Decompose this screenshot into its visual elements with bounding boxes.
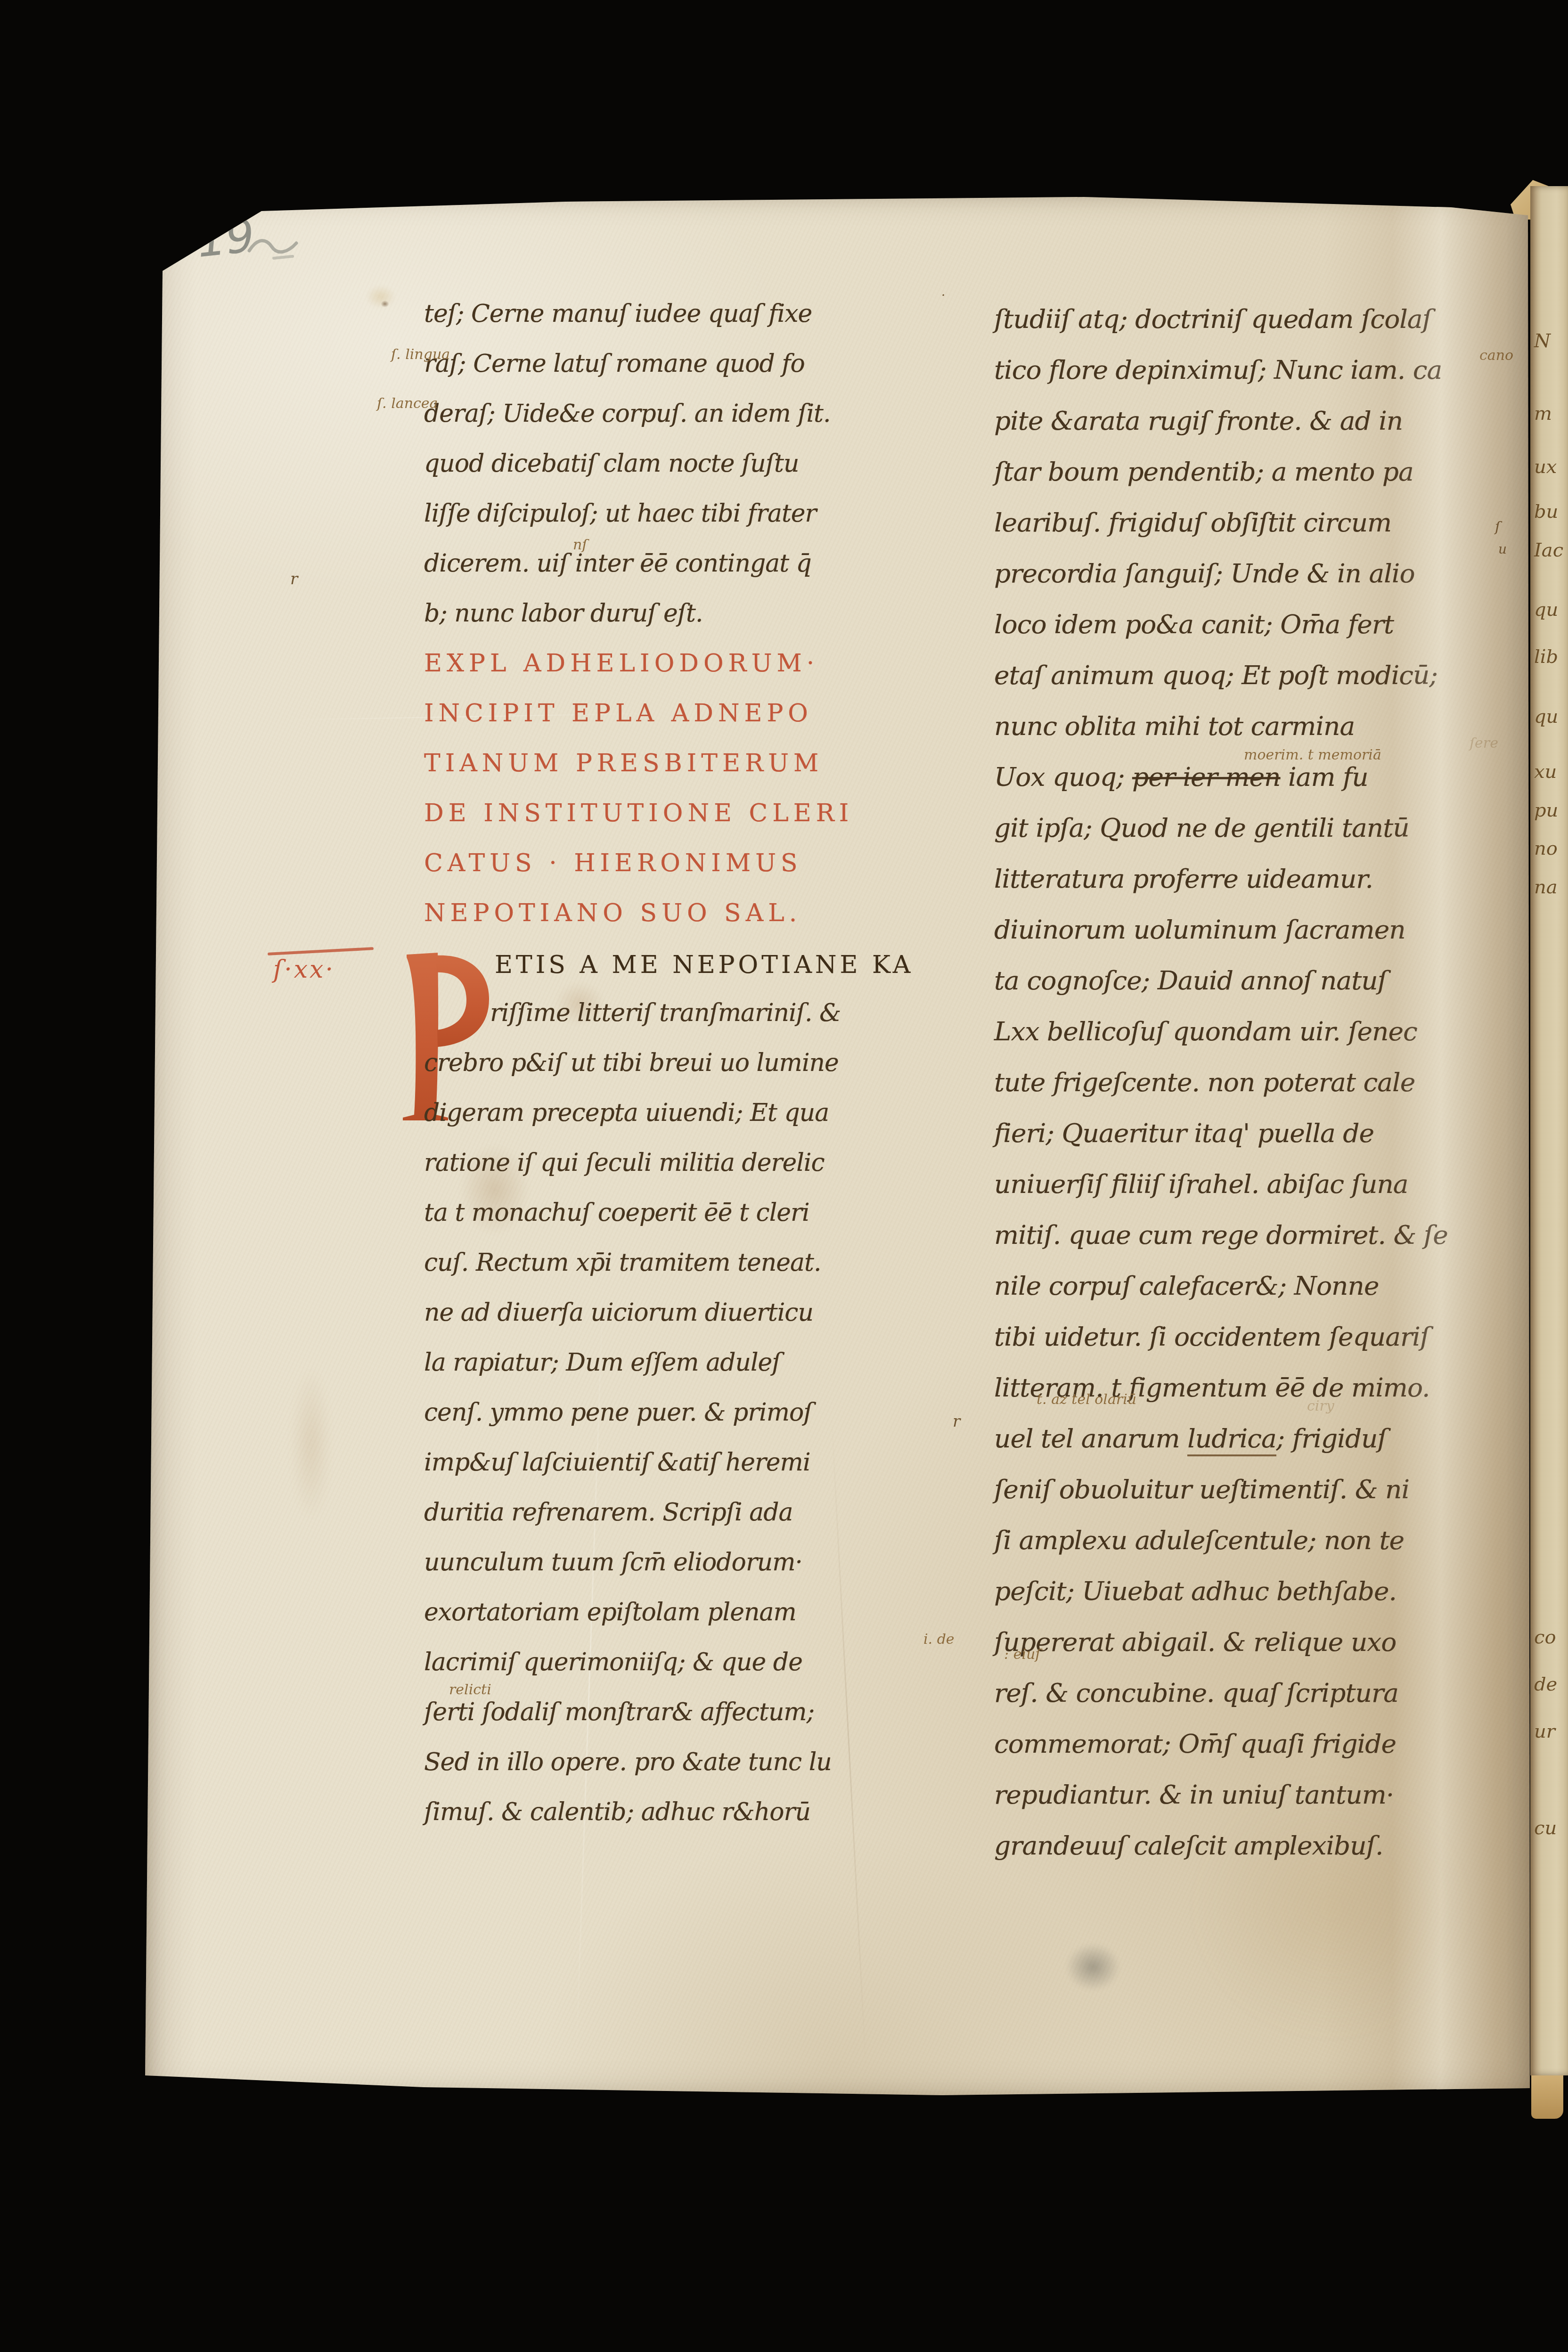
right-column: ſtudiiſ atq; doctriniſ quedam ſcolaſ tic… — [994, 306, 1498, 1861]
text-line: uunculum tuum ſcm̄ eliodorum· — [424, 1550, 802, 1575]
stain — [380, 300, 390, 308]
margin-mark-r-left: r — [290, 571, 298, 587]
text-line: Lxx bellicoſuſ quondam uir. ſenec — [994, 1019, 1417, 1045]
gloss-eius: : eiuſ — [1004, 1648, 1040, 1662]
text-line: ta t monachuſ coeperit ēē t cleri — [424, 1200, 809, 1225]
fore-edge-text: pu — [1534, 801, 1558, 820]
rubric-line: CATUS · HIERONIMUS — [424, 851, 802, 875]
text-line: mitiſ. quae cum rege dormiret. & ſe — [994, 1222, 1448, 1248]
rubric-line: NEPOTIANO SUO SAL. — [424, 901, 801, 925]
gloss-lancea: ſ. lancea — [377, 397, 438, 411]
text-line: b; nunc labor duruſ eſt. — [424, 601, 702, 626]
struck-text: per ier men — [1132, 762, 1281, 792]
fore-edge-text: no — [1534, 839, 1558, 858]
section-number: ſ·xx· — [273, 957, 335, 982]
text-line: nunc oblita mihi tot carmina — [994, 713, 1355, 739]
gloss-faded: ſere — [1470, 736, 1498, 751]
text-line: ſeniſ obuoluitur ueſtimentiſ. & ni — [994, 1477, 1409, 1503]
text-line: Sed in illo opere. pro &ate tunc lu — [424, 1750, 832, 1774]
text-line: tico flore depinximuſ; Nunc iam. ca — [994, 357, 1442, 383]
fore-edge-text: N — [1534, 332, 1551, 351]
text-line: dicerem. uiſ inter ēē contingat q̄ — [424, 551, 811, 576]
gloss-relicti: relicti — [449, 1683, 491, 1697]
fore-edge-text: co — [1534, 1628, 1556, 1647]
left-column: teſ; Cerne manuſ iudee quaſ fixe raſ; Ce… — [424, 302, 900, 1852]
text-line: nile corpuſ calefacer&; Nonne — [994, 1273, 1379, 1299]
fore-edge-text: qu — [1534, 600, 1558, 619]
text-line: peſcit; Uiuebat adhuc bethſabe. — [994, 1578, 1396, 1604]
text-line: cuſ. Rectum xp̄i tramitem teneat. — [424, 1250, 821, 1275]
gloss-ns: nſ — [573, 538, 587, 552]
fore-edge-text: Iac — [1534, 541, 1563, 560]
manuscript-page: 19 · ſ·xx· teſ; Cerne manuſ iudee quaſ — [141, 188, 1531, 2101]
fore-edge-text: de — [1534, 1675, 1557, 1694]
gloss-lingua: ſ. lingua — [391, 348, 450, 362]
text-line: uniuerſiſ filiiſ iſrahel. abiſac ſuna — [994, 1171, 1408, 1197]
gloss-i-de: i. de — [923, 1633, 955, 1647]
text-line: ta cognoſce; Dauid annoſ natuſ — [994, 968, 1387, 994]
next-page-corner-bottom — [1531, 2075, 1563, 2119]
text-line: diuinorum uoluminum ſacramen — [994, 917, 1405, 943]
text-line-with-strikethrough: Uox quoq; per ier men iam fu — [994, 764, 1368, 790]
rubric-line: INCIPIT EPLA ADNEPO — [424, 701, 813, 726]
text-line: repudiantur. & in uniuſ tantum· — [994, 1782, 1394, 1808]
stain — [359, 280, 402, 313]
text-line: ratione iſ qui ſeculi militia derelic — [424, 1151, 825, 1175]
fore-edge-text: m — [1534, 404, 1552, 423]
fore-edge-strip: N m ux bu Iac qu lib qu xu pu no na co d… — [1530, 186, 1568, 2075]
text-line: ſupererat abigail. & relique uxo — [994, 1629, 1396, 1655]
stain — [285, 1343, 337, 1545]
text-line: reſ. & concubine. quaſ ſcriptura — [994, 1680, 1398, 1706]
text-line: ſtar boum pendentib; a mento pa — [994, 459, 1413, 485]
text-line: deraſ; Uide&e corpuſ. an idem ſit. — [424, 401, 831, 426]
stain — [1055, 1934, 1131, 2000]
text-line: cenſ. ymmo pene puer. & primoſ — [424, 1400, 812, 1425]
text-line: ſimuſ. & calentib; adhuc r&horū — [424, 1800, 810, 1824]
rubric-line: EXPL ADHELIODORUM· — [424, 651, 819, 676]
gloss-ciry: ciry — [1307, 1399, 1334, 1413]
fore-edge-text: xu — [1534, 762, 1557, 781]
text-line: ſtudiiſ atq; doctriniſ quedam ſcolaſ — [994, 306, 1431, 332]
text-line: liſſe diſcipuloſ; ut haec tibi frater — [424, 501, 816, 526]
line-segment: uel tel anarum — [994, 1423, 1187, 1454]
ink-dot: · — [941, 289, 945, 302]
margin-mark-r-intercolumn: r — [953, 1413, 960, 1429]
fore-edge-text: bu — [1534, 502, 1558, 521]
text-line: teſ; Cerne manuſ iudee quaſ fixe — [424, 302, 812, 326]
text-line: la rapiatur; Dum eſſem aduleſ — [424, 1350, 781, 1375]
text-line: riſſime litteriſ tranſmariniſ. & — [424, 1001, 841, 1025]
text-line: lacrimiſ querimoniiſq; & que de — [424, 1650, 802, 1674]
fore-edge-text: cu — [1534, 1819, 1557, 1837]
fore-edge-text: na — [1534, 878, 1558, 897]
line-segment: Uox quoq; — [994, 762, 1132, 792]
text-line: grandeuuſ caleſcit amplexibuſ. — [994, 1833, 1383, 1859]
photo-background: N m ux bu Iac qu lib qu xu pu no na co d… — [0, 0, 1568, 2352]
margin-mark-u-edge: u — [1498, 543, 1507, 556]
text-line-with-underline: uel tel anarum ludrica; frigiduſ — [994, 1426, 1387, 1452]
text-line: learibuſ. frigiduſ obſiſtit circum — [994, 510, 1391, 536]
rubric-line: TIANUM PRESBITERUM — [424, 751, 823, 776]
text-line: raſ; Cerne latuſ romane quod fo — [424, 351, 805, 376]
fore-edge-text: lib — [1534, 647, 1558, 666]
text-line: etaſ animum quoq; Et poſt modicū; — [994, 662, 1437, 688]
text-line: precordia ſanguiſ; Unde & in alio — [994, 561, 1415, 587]
text-line: tute frigeſcente. non poterat cale — [994, 1070, 1415, 1095]
line-segment: iam fu — [1281, 762, 1368, 792]
text-line: git ipſa; Quod ne de gentili tantū — [994, 815, 1409, 841]
gloss-cano: cano — [1479, 349, 1513, 363]
fore-edge-text: ux — [1534, 457, 1557, 476]
text-line: duritia refrenarem. Scripſi ada — [424, 1500, 793, 1525]
text-line: litteratura proferre uideamur. — [994, 866, 1373, 892]
line-segment: ; frigiduſ — [1276, 1423, 1387, 1454]
margin-mark-s-edge: ſ — [1495, 520, 1500, 534]
text-line: digeram precepta uiuendi; Et qua — [424, 1101, 829, 1125]
text-line: tibi uidetur. ſi occidentem ſequariſ — [994, 1324, 1429, 1350]
pencil-flourish — [247, 234, 313, 262]
fore-edge-text: ur — [1534, 1722, 1555, 1741]
text-line: ſi amplexu aduleſcentule; non te — [994, 1527, 1404, 1553]
text-line: loco idem po&a canit; Om̄a fert — [994, 612, 1394, 637]
text-line: imp&uſ laſciuientiſ &atiſ heremi — [424, 1450, 810, 1475]
underlined-text: ludrica — [1187, 1423, 1276, 1456]
rubric-line: DE INSTITUTIONE CLERI — [424, 801, 853, 825]
text-line: crebro p&iſ ut tibi breui uo lumine — [424, 1051, 839, 1075]
fore-edge-text: qu — [1534, 707, 1558, 726]
text-line: ne ad diuerſa uiciorum diuerticu — [424, 1300, 813, 1325]
gloss-tel-olarium: t. az tel olariū — [1037, 1393, 1136, 1407]
incipit-caps-line: ETIS A ME NEPOTIANE KA — [424, 953, 914, 977]
section-mark-overline — [268, 947, 374, 955]
text-line: exortatoriam epiſtolam plenam — [424, 1600, 796, 1625]
text-line: commemorat; Om̄ſ quaſi frigide — [994, 1731, 1396, 1757]
gloss-moerim: moerim. t memoriā — [1244, 748, 1381, 762]
text-line: pite &arata rugiſ fronte. & ad in — [994, 408, 1403, 434]
text-line: ſerti ſodaliſ monſtrar& affectum; — [424, 1700, 814, 1724]
text-line: quod dicebatiſ clam nocte ſuſtu — [424, 451, 799, 476]
text-line: fieri; Quaeritur itaq' puella de — [994, 1120, 1374, 1146]
